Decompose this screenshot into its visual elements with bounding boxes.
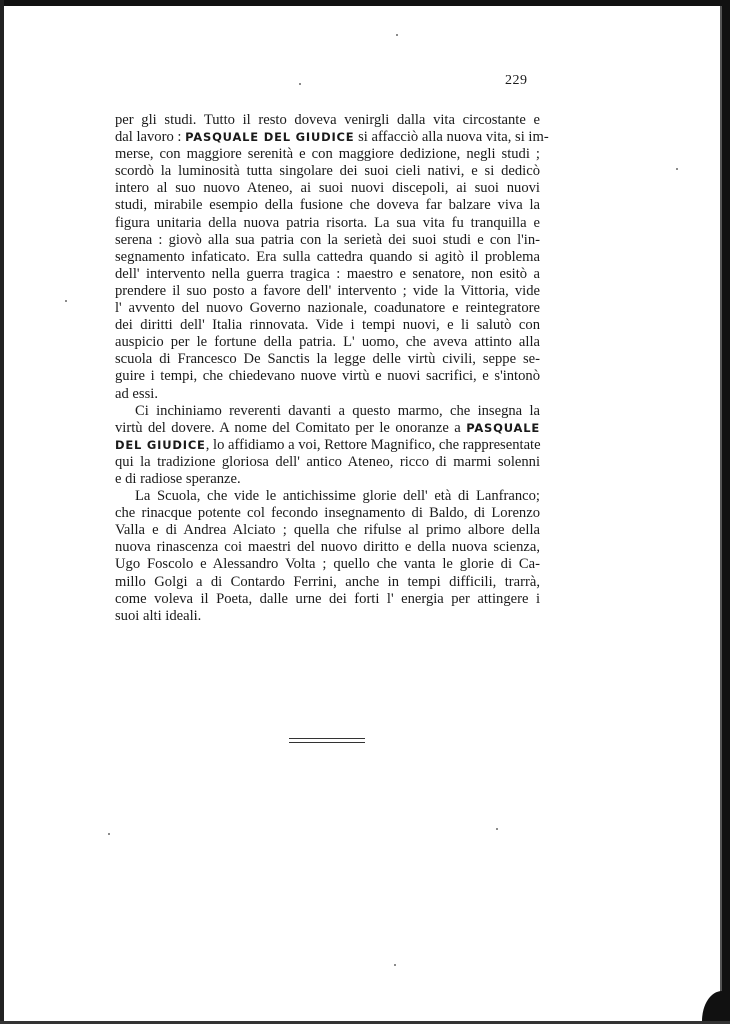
text-line: guire i tempi, che chiedevano nuove virt… xyxy=(115,368,540,385)
text-line: studi, mirabile esempio della fusione ch… xyxy=(115,197,540,214)
scan-speck xyxy=(396,34,398,36)
text-line: suoi alti ideali. xyxy=(115,608,540,625)
scan-border-right-inner xyxy=(720,6,722,1016)
scan-border-top xyxy=(0,0,730,6)
text-line: segnamento infaticato. Era sulla cattedr… xyxy=(115,249,540,266)
scan-speck xyxy=(394,964,396,966)
scan-speck xyxy=(299,83,301,85)
page-number: 229 xyxy=(505,73,528,89)
text-line: intero al suo nuovo Ateneo, ai suoi nuov… xyxy=(115,180,540,197)
text-line: merse, con maggiore serenità e con maggi… xyxy=(115,146,540,163)
text-line: La Scuola, che vide le antichissime glor… xyxy=(115,488,540,505)
person-name-smallcaps: PASQUALE xyxy=(466,421,540,435)
scan-speck xyxy=(108,833,110,835)
text-line: DEL GIUDICE, lo affidiamo a voi, Rettore… xyxy=(115,437,540,454)
text-line: virtù del dovere. A nome del Comitato pe… xyxy=(115,420,540,437)
text-line: come voleva il Poeta, dalle urne dei for… xyxy=(115,591,540,608)
paragraph: per gli studi. Tutto il resto doveva ven… xyxy=(115,112,540,403)
closing-ornament-rule xyxy=(289,738,365,743)
text-line: millo Golgi a di Contardo Ferrini, anche… xyxy=(115,574,540,591)
text-line: dal lavoro : PASQUALE DEL GIUDICE si aff… xyxy=(115,129,540,146)
scan-speck xyxy=(496,828,498,830)
scan-corner-shadow xyxy=(702,991,722,1021)
paragraph: La Scuola, che vide le antichissime glor… xyxy=(115,488,540,625)
paragraph: Ci inchiniamo reverenti davanti a questo… xyxy=(115,403,540,488)
text-line: e di radiose speranze. xyxy=(115,471,540,488)
text-line: Ugo Foscolo e Alessandro Volta ; quello … xyxy=(115,556,540,573)
text-line: prendere il suo posto a favore dell' int… xyxy=(115,283,540,300)
text-line: qui la tradizione gloriosa dell' antico … xyxy=(115,454,540,471)
scan-speck xyxy=(676,168,678,170)
text-line: serena : giovò alla sua patria con la se… xyxy=(115,232,540,249)
text-line: l' avvento del nuovo Governo nazionale, … xyxy=(115,300,540,317)
scan-border-left xyxy=(0,0,4,1024)
body-text: per gli studi. Tutto il resto doveva ven… xyxy=(115,112,540,625)
text-line: Ci inchiniamo reverenti davanti a questo… xyxy=(115,403,540,420)
text-line: figura unitaria della nuova patria risor… xyxy=(115,215,540,232)
person-name-smallcaps: DEL GIUDICE xyxy=(115,438,206,452)
text-line: scordò la luminosità tutta singolare dei… xyxy=(115,163,540,180)
text-line: ad essi. xyxy=(115,386,540,403)
text-line: nuova rinascenza coi maestri del nuovo d… xyxy=(115,539,540,556)
text-line: Valla e di Andrea Alciato ; quella che r… xyxy=(115,522,540,539)
text-line: per gli studi. Tutto il resto doveva ven… xyxy=(115,112,540,129)
text-line: scuola di Francesco De Sanctis la legge … xyxy=(115,351,540,368)
scan-speck xyxy=(65,300,67,302)
scan-border-right xyxy=(722,0,730,1024)
text-line: auspicio per le fortune della patria. L'… xyxy=(115,334,540,351)
text-line: dei diritti dell' Italia rinnovata. Vide… xyxy=(115,317,540,334)
text-line: dell' intervento nella guerra tragica : … xyxy=(115,266,540,283)
person-name-smallcaps: PASQUALE DEL GIUDICE xyxy=(185,130,354,144)
text-line: che rinacque potente col fecondo insegna… xyxy=(115,505,540,522)
